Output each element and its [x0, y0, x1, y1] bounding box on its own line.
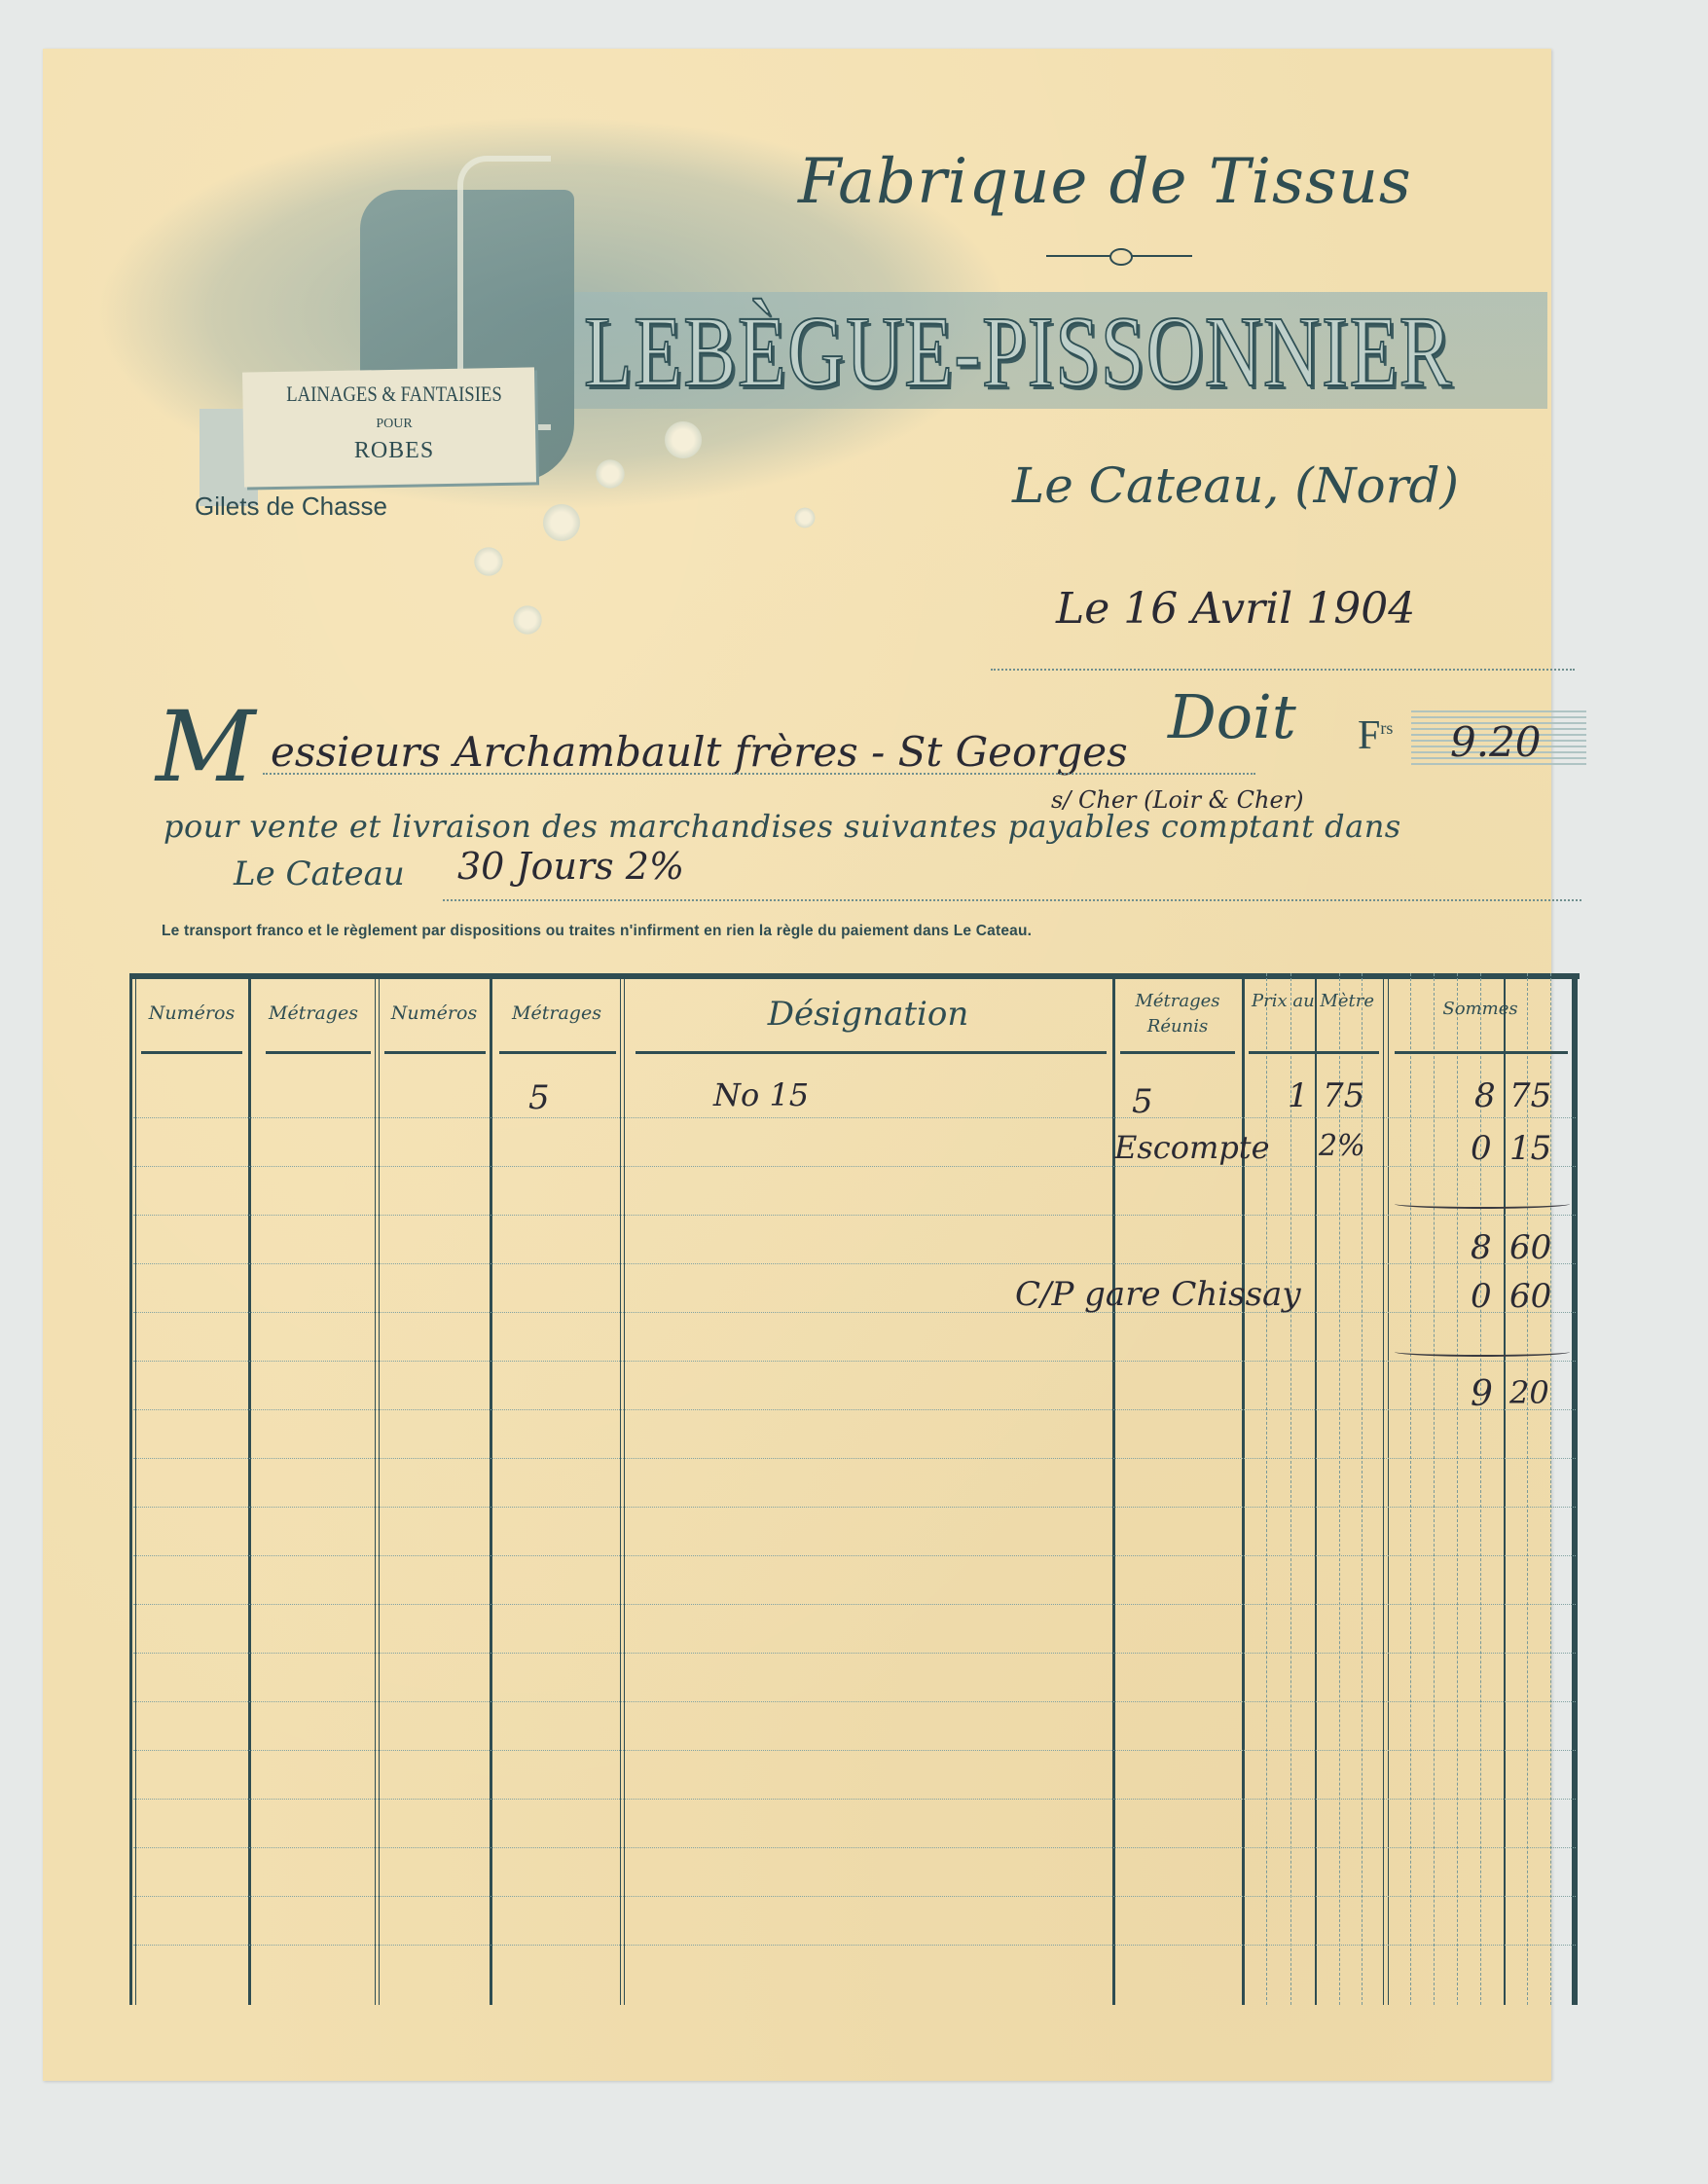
row-line — [133, 1750, 1576, 1751]
header-rule — [499, 1051, 616, 1054]
row-line — [133, 1117, 1576, 1118]
row2-discount-label: Escompte — [1114, 1129, 1270, 1166]
company-name: LEBÈGUE-PISSONNIER — [584, 302, 1453, 403]
row-line — [133, 1555, 1576, 1556]
trade-title: Fabrique de Tissus — [798, 146, 1412, 218]
row-line — [133, 1799, 1576, 1800]
header-rule — [384, 1051, 486, 1054]
subtotal-rule — [1395, 1199, 1570, 1209]
payment-terms: 30 Jours 2% — [457, 845, 684, 888]
terms-city: Le Cateau — [234, 855, 405, 893]
row-line — [133, 1312, 1576, 1313]
row-line — [133, 1409, 1576, 1410]
flower-icon — [793, 506, 817, 529]
customer-line — [263, 773, 1255, 775]
column-subdivider — [1527, 973, 1528, 2005]
row-line — [133, 1847, 1576, 1848]
row1-designation: No 15 — [713, 1076, 809, 1113]
column-divider — [624, 973, 625, 2005]
table-border-left — [129, 973, 132, 2005]
header-sommes: Sommes — [1388, 999, 1573, 1019]
currency-label: Frs — [1358, 712, 1393, 759]
ledger-table: Numéros Métrages Numéros Métrages Désign… — [129, 973, 1580, 2005]
row2-sommes-centimes: 15 — [1509, 1129, 1551, 1168]
flower-icon — [540, 501, 583, 544]
franc-centime-divider — [1315, 973, 1317, 2005]
row4-sommes-francs: 0 — [1471, 1277, 1492, 1316]
header-prix: Prix au Mètre — [1245, 989, 1381, 1014]
date-line — [991, 669, 1575, 671]
row2-sommes-francs: 0 — [1471, 1129, 1492, 1168]
column-divider — [248, 973, 251, 2005]
column-divider — [1242, 973, 1245, 2005]
flower-icon — [662, 419, 705, 461]
ribbon-line-2: POUR — [263, 417, 526, 432]
ribbon-line-3: ROBES — [263, 438, 526, 464]
column-divider — [375, 973, 376, 2005]
flower-icon — [472, 545, 505, 578]
salutation-initial: M — [156, 699, 255, 796]
column-divider — [1383, 973, 1384, 2005]
header-rule — [1120, 1051, 1235, 1054]
header-rule — [1249, 1051, 1379, 1054]
column-subdivider — [1290, 973, 1291, 2005]
column-subdivider — [1550, 973, 1551, 2005]
row1-prix-centimes: 75 — [1323, 1076, 1364, 1115]
terms-line — [443, 899, 1581, 901]
currency-sup: rs — [1380, 718, 1393, 738]
row5-total-centimes: 20 — [1509, 1374, 1549, 1411]
header-designation: Désignation — [624, 995, 1112, 1034]
column-subdivider — [1362, 973, 1363, 2005]
header-metrages-reunis: Métrages Réunis — [1115, 989, 1240, 1039]
column-divider — [1388, 973, 1389, 2005]
column-subdivider — [1457, 973, 1458, 2005]
header-metrages-1: Métrages — [251, 1002, 376, 1024]
divider-ornament-icon — [1109, 248, 1133, 266]
row-line — [133, 1263, 1576, 1264]
doit-label: Doit — [1168, 681, 1296, 752]
flower-icon — [511, 603, 544, 637]
row5-total-francs: 9 — [1471, 1374, 1493, 1414]
row1-metrages-reunis: 5 — [1132, 1082, 1153, 1121]
row4-designation: C/P gare Chissay — [1015, 1275, 1301, 1314]
specialty-label: Gilets de Chasse — [195, 491, 387, 522]
row-line — [133, 1361, 1576, 1362]
row-line — [133, 1945, 1576, 1946]
row-line — [133, 1166, 1576, 1167]
table-border-right — [1572, 973, 1578, 2005]
row1-sommes-centimes: 75 — [1509, 1076, 1551, 1115]
row1-prix-francs: 1 — [1288, 1076, 1309, 1115]
column-divider — [490, 973, 492, 2005]
total-amount: 9.20 — [1450, 718, 1542, 766]
row1-metrages: 5 — [528, 1078, 550, 1117]
row3-subtotal-centimes: 60 — [1509, 1228, 1551, 1267]
row3-subtotal-francs: 8 — [1471, 1228, 1492, 1267]
header-metrages-2: Métrages — [492, 1002, 621, 1024]
row-line — [133, 1215, 1576, 1216]
column-divider — [1112, 973, 1115, 2005]
column-divider — [620, 973, 621, 2005]
row2-discount-rate: 2% — [1319, 1129, 1365, 1163]
column-subdivider — [1339, 973, 1340, 2005]
row1-sommes-francs: 8 — [1474, 1076, 1496, 1115]
column-divider — [379, 973, 380, 2005]
row-line — [133, 1604, 1576, 1605]
row4-sommes-centimes: 60 — [1509, 1277, 1551, 1316]
city-label: Le Cateau, (Nord) — [1012, 457, 1459, 514]
flower-icon — [594, 457, 627, 491]
header-rule — [141, 1051, 242, 1054]
header-numeros-1: Numéros — [135, 1002, 248, 1024]
customer-name: essieurs Archambault frères - St Georges — [271, 728, 1128, 776]
row-line — [133, 1507, 1576, 1508]
column-subdivider — [1266, 973, 1267, 2005]
header-numeros-2: Numéros — [379, 1002, 490, 1024]
total-rule — [1395, 1347, 1570, 1357]
header-rule — [266, 1051, 371, 1054]
payment-line: pour vente et livraison des marchandises… — [164, 808, 1401, 845]
header-rule — [636, 1051, 1107, 1054]
row-line — [133, 1701, 1576, 1702]
invoice-date: Le 16 Avril 1904 — [1056, 584, 1415, 634]
row-line — [133, 1653, 1576, 1654]
row-line — [133, 1458, 1576, 1459]
table-border-left-inner — [135, 973, 136, 2005]
column-subdivider — [1480, 973, 1481, 2005]
column-subdivider — [1410, 973, 1411, 2005]
currency-symbol: F — [1358, 713, 1380, 758]
header-rule — [1395, 1051, 1568, 1054]
column-subdivider — [1434, 973, 1435, 2005]
row-line — [133, 1896, 1576, 1897]
payment-notice: Le transport franco et le règlement par … — [162, 923, 1032, 940]
franc-centime-divider — [1504, 973, 1506, 2005]
ribbon-line-1: LAINAGES & FANTAISIES — [282, 382, 506, 407]
